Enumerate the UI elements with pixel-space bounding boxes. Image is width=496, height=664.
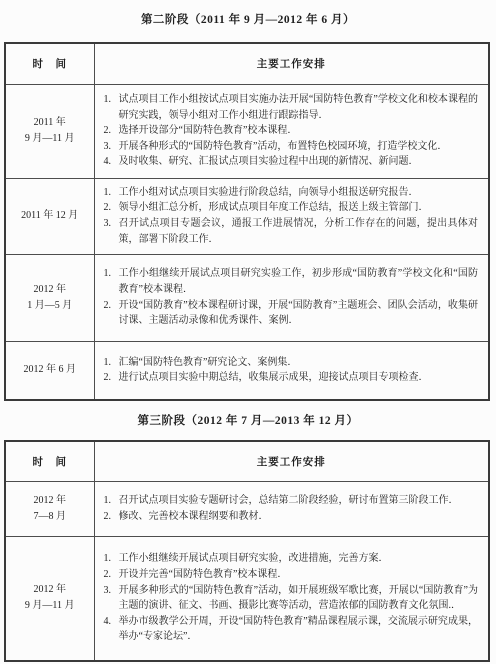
work-item: 2. 选择开设部分“国防特色教育”校本课程． [104, 123, 479, 139]
item-number: 2. [104, 567, 119, 583]
work-cell: 1. 工作小组继续开展试点项目研究实验工作，初步形成“国防教育”学校文化和“国防… [94, 254, 489, 341]
item-text: 选择开设部分“国防特色教育”校本课程． [119, 123, 479, 139]
time-cell: 2012 年 9 月—11 月 [5, 536, 94, 661]
item-text: 领导小组汇总分析，形成试点项目年度工作总结，报送上级主管部门． [119, 200, 479, 216]
item-text: 开设“国防教育”校本课程研讨课，开展“国防教育”主题班会、团队会活动，收集研讨课… [119, 298, 479, 329]
work-column-header: 主要工作安排 [94, 43, 489, 84]
item-number: 1. [104, 92, 119, 123]
work-cell: 1. 汇编“国防特色教育”研究论文、案例集． 2. 进行试点项目实验中期总结，收… [94, 341, 489, 400]
work-item: 4. 举办市级教学公开周，开设“国防特色教育”精品课程展示课，交流展示研究成果，… [104, 614, 479, 645]
item-text: 修改、完善校本课程纲要和教材． [119, 509, 479, 525]
item-text: 开展多种形式的“国防特色教育”活动，如开展班级军歌比赛，开展以“国防教育”为主题… [119, 583, 479, 614]
table-row: 2012 年 7—8 月 1. 召开试点项目实验专题研讨会，总结第二阶段经验，研… [5, 481, 489, 536]
work-cell: 1. 工作小组对试点项目实验进行阶段总结，向领导小组报送研究报告． 2. 领导小… [94, 178, 489, 254]
document-page: 第二阶段（2011 年 9 月—2012 年 6 月） 时 间 主要工作安排 2… [0, 0, 496, 664]
table-row: 2012 年 1 月—5 月 1. 工作小组继续开展试点项目研究实验工作，初步形… [5, 254, 489, 341]
phase-3-table: 时 间 主要工作安排 2012 年 7—8 月 1. 召开试点项目实验专题研讨会… [4, 440, 490, 662]
work-item: 3. 开展多种形式的“国防特色教育”活动，如开展班级军歌比赛，开展以“国防教育”… [104, 583, 479, 614]
work-cell: 1. 召开试点项目实验专题研讨会，总结第二阶段经验，研讨布置第三阶段工作． 2.… [94, 481, 489, 536]
work-item: 4. 及时收集、研究、汇报试点项目实验过程中出现的新情况、新问题． [104, 154, 479, 170]
table-row: 2011 年 9 月—11 月 1. 试点项目工作小组按试点项目实施办法开展“国… [5, 84, 489, 178]
item-number: 3. [104, 583, 119, 614]
item-text: 开设并完善“国防特色教育”校本课程． [119, 567, 479, 583]
item-number: 2. [104, 123, 119, 139]
time-text: 2012 年 6 月 [8, 362, 92, 378]
item-number: 1. [104, 185, 119, 201]
time-column-header: 时 间 [5, 43, 94, 84]
item-number: 2. [104, 200, 119, 216]
item-number: 4. [104, 614, 119, 645]
work-item: 2. 进行试点项目实验中期总结，收集展示成果，迎接试点项目专项检查． [104, 370, 479, 386]
header-row: 时 间 主要工作安排 [5, 43, 489, 84]
item-number: 3. [104, 139, 119, 155]
item-number: 2. [104, 370, 119, 386]
time-cell: 2012 年 1 月—5 月 [5, 254, 94, 341]
time-cell: 2011 年 9 月—11 月 [5, 84, 94, 178]
time-text: 2011 年 12 月 [8, 208, 92, 224]
item-number: 2. [104, 509, 119, 525]
work-item: 1. 工作小组对试点项目实验进行阶段总结，向领导小组报送研究报告． [104, 185, 479, 201]
time-text: 2012 年 [8, 282, 92, 298]
time-text: 9 月—11 月 [8, 598, 92, 614]
time-text: 2012 年 [8, 582, 92, 598]
table-row: 2012 年 6 月 1. 汇编“国防特色教育”研究论文、案例集． 2. 进行试… [5, 341, 489, 400]
time-cell: 2011 年 12 月 [5, 178, 94, 254]
time-text: 2012 年 [8, 493, 92, 509]
time-column-header: 时 间 [5, 441, 94, 481]
item-text: 进行试点项目实验中期总结，收集展示成果，迎接试点项目专项检查． [119, 370, 479, 386]
item-text: 工作小组继续开展试点项目研究实验，改进措施，完善方案． [119, 551, 479, 567]
item-number: 1. [104, 493, 119, 509]
work-item: 2. 开设“国防教育”校本课程研讨课，开展“国防教育”主题班会、团队会活动，收集… [104, 298, 479, 329]
item-number: 1. [104, 355, 119, 371]
work-item: 2. 领导小组汇总分析，形成试点项目年度工作总结，报送上级主管部门． [104, 200, 479, 216]
item-number: 1. [104, 266, 119, 297]
work-item: 3. 开展各种形式的“国防特色教育”活动，布置特色校园环境，打造学校文化． [104, 139, 479, 155]
item-text: 及时收集、研究、汇报试点项目实验过程中出现的新情况、新问题． [119, 154, 479, 170]
work-cell: 1. 试点项目工作小组按试点项目实施办法开展“国防特色教育”学校文化和校本课程的… [94, 84, 489, 178]
item-text: 开展各种形式的“国防特色教育”活动，布置特色校园环境，打造学校文化． [119, 139, 479, 155]
time-text: 9 月—11 月 [8, 131, 92, 147]
table-row: 2012 年 9 月—11 月 1. 工作小组继续开展试点项目研究实验，改进措施… [5, 536, 489, 661]
work-item: 1. 工作小组继续开展试点项目研究实验，改进措施，完善方案． [104, 551, 479, 567]
item-text: 召开试点项目实验专题研讨会，总结第二阶段经验，研讨布置第三阶段工作． [119, 493, 479, 509]
work-item: 1. 工作小组继续开展试点项目研究实验工作，初步形成“国防教育”学校文化和“国防… [104, 266, 479, 297]
item-text: 工作小组继续开展试点项目研究实验工作，初步形成“国防教育”学校文化和“国防教育”… [119, 266, 479, 297]
time-text: 2011 年 [8, 115, 92, 131]
time-cell: 2012 年 6 月 [5, 341, 94, 400]
work-item: 1. 召开试点项目实验专题研讨会，总结第二阶段经验，研讨布置第三阶段工作． [104, 493, 479, 509]
item-text: 试点项目工作小组按试点项目实施办法开展“国防特色教育”学校文化和校本课程的研究实… [119, 92, 479, 123]
item-number: 4. [104, 154, 119, 170]
work-item: 1. 试点项目工作小组按试点项目实施办法开展“国防特色教育”学校文化和校本课程的… [104, 92, 479, 123]
work-item: 2. 开设并完善“国防特色教育”校本课程． [104, 567, 479, 583]
phase-3-title: 第三阶段（2012 年 7 月—2013 年 12 月） [0, 414, 496, 428]
item-text: 汇编“国防特色教育”研究论文、案例集． [119, 355, 479, 371]
item-number: 3. [104, 216, 119, 247]
phase-2-title: 第二阶段（2011 年 9 月—2012 年 6 月） [0, 13, 496, 27]
item-text: 召开试点项目专题会议，通报工作进展情况，分析工作存在的问题，提出具体对策，部署下… [119, 216, 479, 247]
item-text: 举办市级教学公开周，开设“国防特色教育”精品课程展示课，交流展示研究成果，举办“… [119, 614, 479, 645]
time-cell: 2012 年 7—8 月 [5, 481, 94, 536]
work-item: 3. 召开试点项目专题会议，通报工作进展情况，分析工作存在的问题，提出具体对策，… [104, 216, 479, 247]
work-cell: 1. 工作小组继续开展试点项目研究实验，改进措施，完善方案． 2. 开设并完善“… [94, 536, 489, 661]
work-item: 2. 修改、完善校本课程纲要和教材． [104, 509, 479, 525]
work-column-header: 主要工作安排 [94, 441, 489, 481]
item-number: 1. [104, 551, 119, 567]
item-number: 2. [104, 298, 119, 329]
header-row: 时 间 主要工作安排 [5, 441, 489, 481]
time-text: 7—8 月 [8, 509, 92, 525]
item-text: 工作小组对试点项目实验进行阶段总结，向领导小组报送研究报告． [119, 185, 479, 201]
phase-2-table: 时 间 主要工作安排 2011 年 9 月—11 月 1. 试点项目工作小组按试… [4, 42, 490, 401]
work-item: 1. 汇编“国防特色教育”研究论文、案例集． [104, 355, 479, 371]
table-row: 2011 年 12 月 1. 工作小组对试点项目实验进行阶段总结，向领导小组报送… [5, 178, 489, 254]
time-text: 1 月—5 月 [8, 298, 92, 314]
